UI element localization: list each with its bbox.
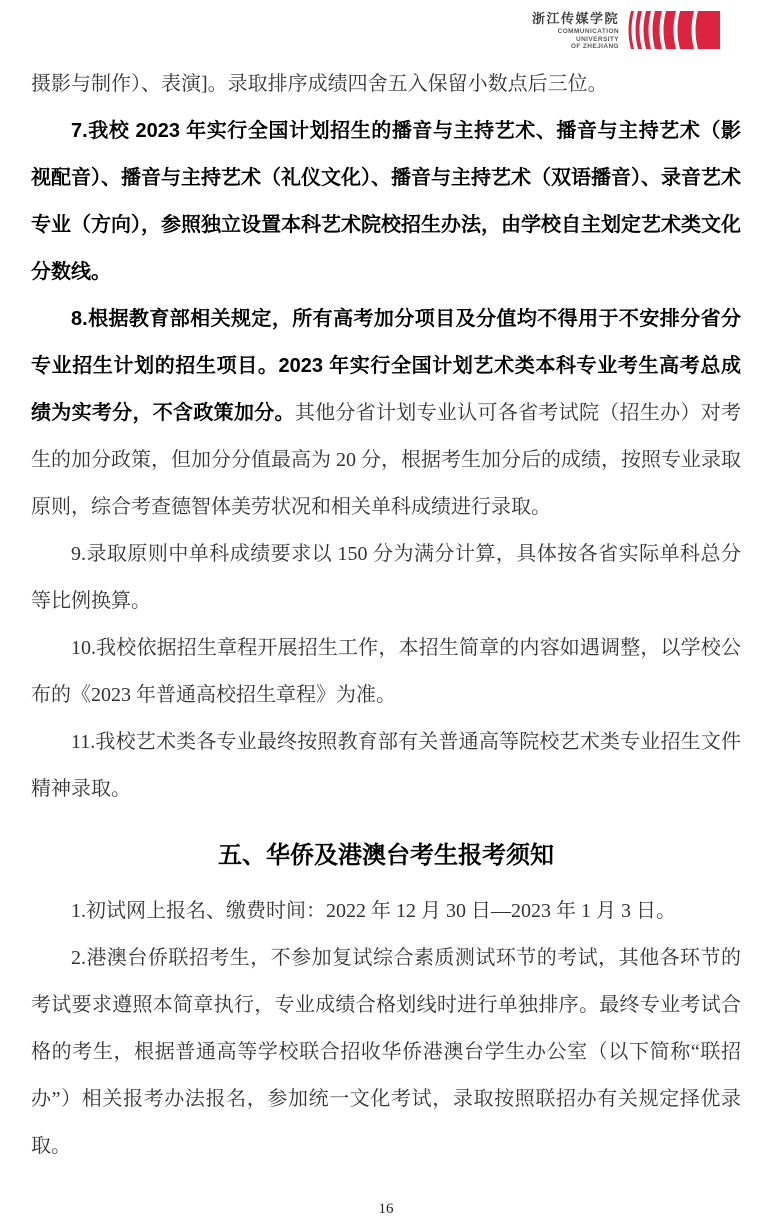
university-name-english-line: UNIVERSITY (532, 36, 619, 43)
paragraph-item-11: 11.我校艺术类各专业最终按照教育部有关普通高等院校艺术类专业招生文件精神录取。 (31, 719, 741, 813)
paragraph-item-9: 9.录取原则中单科成绩要求以 150 分为满分计算，具体按各省实际单科总分等比例… (31, 531, 741, 625)
university-name-english-line: COMMUNICATION (532, 28, 619, 35)
section-paragraph-2: 2.港澳台侨联招考生，不参加复试综合素质测试环节的考试，其他各环节的考试要求遵照… (31, 935, 741, 1170)
university-name-english-line: OF ZHEJIANG (532, 43, 619, 50)
section-heading: 五、华侨及港澳台考生报考须知 (31, 840, 741, 871)
document-page: 浙江传媒学院 COMMUNICATION UNIVERSITY OF ZHEJI… (0, 0, 772, 1231)
university-name-english: COMMUNICATION UNIVERSITY OF ZHEJIANG (532, 28, 619, 50)
page-header: 浙江传媒学院 COMMUNICATION UNIVERSITY OF ZHEJI… (0, 0, 772, 60)
document-body: 摄影与制作）、表演]。录取排序成绩四舍五入保留小数点后三位。 7.我校 2023… (31, 61, 741, 1170)
paragraph-item-10: 10.我校依据招生章程开展招生工作，本招生简章的内容如遇调整，以学校公布的《20… (31, 625, 741, 719)
university-logo: 浙江传媒学院 COMMUNICATION UNIVERSITY OF ZHEJI… (532, 11, 720, 51)
section-paragraph-1: 1.初试网上报名、缴费时间：2022 年 12 月 30 日—2023 年 1 … (31, 888, 741, 935)
paragraph-continuation: 摄影与制作）、表演]。录取排序成绩四舍五入保留小数点后三位。 (31, 61, 741, 108)
paragraph-item-8: 8.根据教育部相关规定，所有高考加分项目及分值均不得用于不安排分省分专业招生计划… (31, 296, 741, 531)
paragraph-item-7: 7.我校 2023 年实行全国计划招生的播音与主持艺术、播音与主持艺术（影视配音… (31, 108, 741, 296)
logo-text-block: 浙江传媒学院 COMMUNICATION UNIVERSITY OF ZHEJI… (532, 11, 619, 51)
page-number: 16 (0, 1201, 772, 1218)
university-logo-mark-icon (628, 11, 720, 49)
university-name-calligraphy: 浙江传媒学院 (532, 12, 619, 26)
